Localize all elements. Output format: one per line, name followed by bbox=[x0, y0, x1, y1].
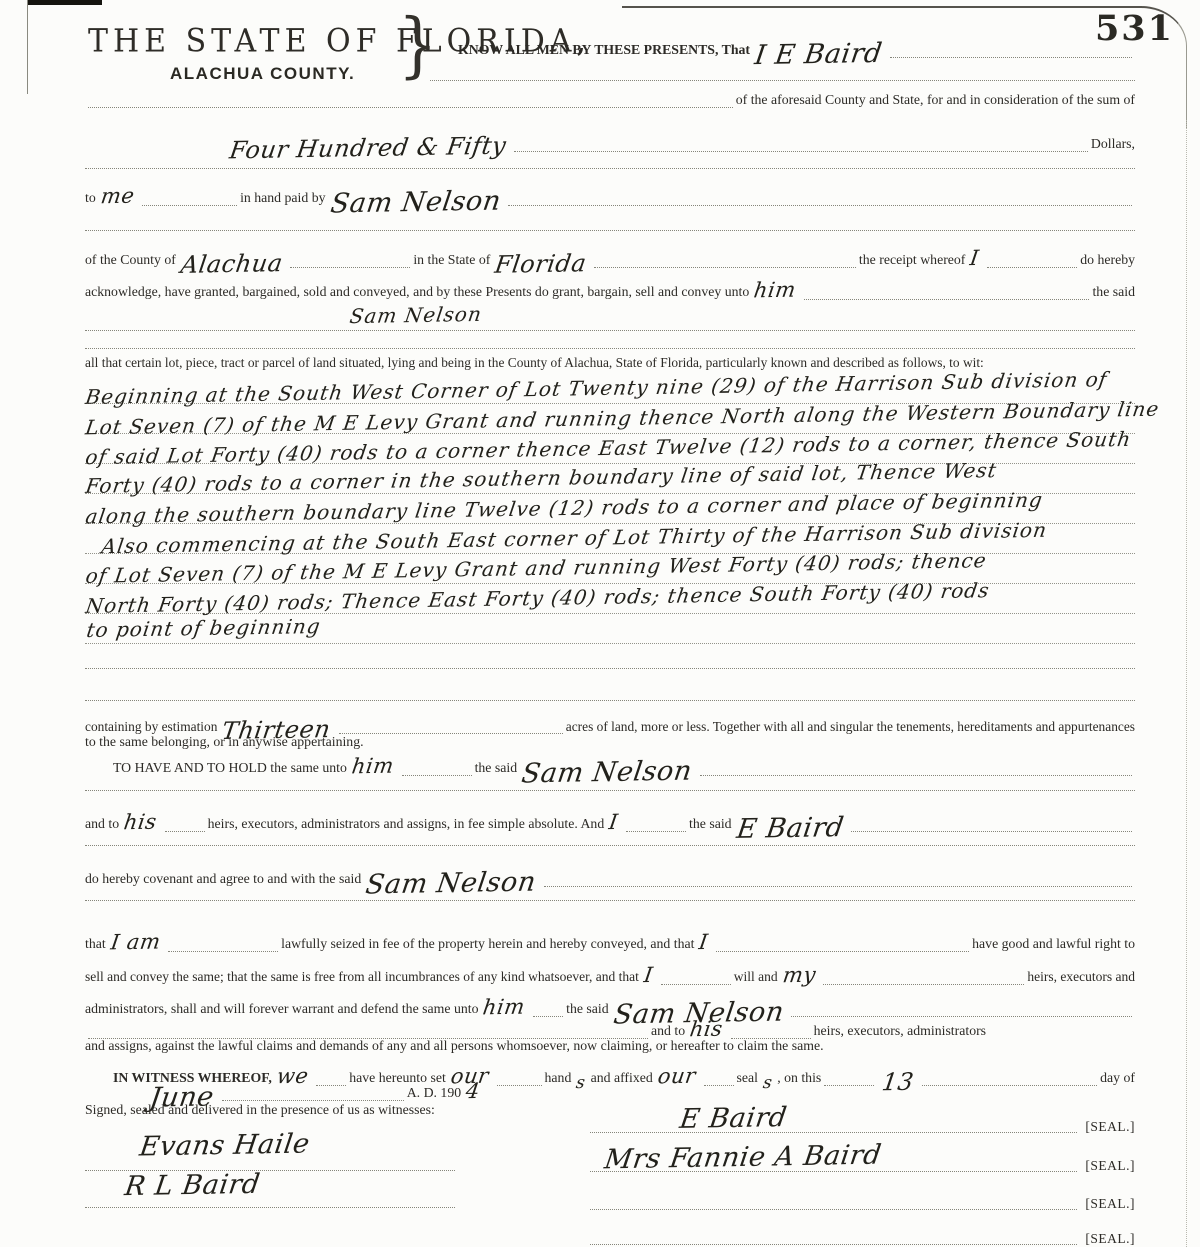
witness-signature: Evans Haile bbox=[138, 1133, 311, 1160]
blank-line bbox=[85, 700, 1135, 701]
me-handwritten: me bbox=[99, 187, 135, 206]
acknowledge-line: acknowledge, have granted, bargained, so… bbox=[85, 276, 1135, 302]
date-line: June A. D. 190 4 bbox=[85, 1070, 485, 1103]
scan-left-edge-line bbox=[27, 0, 28, 94]
fill-line bbox=[402, 775, 472, 776]
containing-label: containing by estimation bbox=[85, 719, 217, 734]
claims-text: and assigns, against the lawful claims a… bbox=[85, 1038, 824, 1054]
his-handwritten: his bbox=[123, 813, 158, 832]
county-title: ALACHUA COUNTY. bbox=[170, 64, 355, 84]
ad-label: A. D. 190 bbox=[407, 1085, 461, 1101]
covenant-line: do hereby covenant and agree to and with… bbox=[85, 855, 1135, 889]
fill-line bbox=[594, 267, 855, 268]
fill-line bbox=[824, 1085, 874, 1086]
blank-line bbox=[85, 230, 1135, 231]
fill-line bbox=[700, 775, 1132, 776]
grantee-handwritten: Sam Nelson bbox=[349, 305, 484, 325]
of-county-label: of the County of bbox=[85, 252, 176, 268]
warrant-line: administrators, shall and will forever w… bbox=[85, 985, 1135, 1019]
i-handwritten: I bbox=[698, 933, 709, 952]
aforesaid-text: of the aforesaid County and State, for a… bbox=[736, 92, 1135, 108]
that-label: that bbox=[85, 936, 106, 952]
signature-line: Mrs Fannie A Baird bbox=[590, 1146, 1077, 1172]
amount-handwritten: Four Hundred & Fifty bbox=[228, 136, 507, 162]
his-handwritten: his bbox=[689, 1020, 724, 1039]
seal-label: seal bbox=[737, 1070, 758, 1086]
the-said-label: the said bbox=[475, 760, 518, 776]
seal-tag: [SEAL.] bbox=[1085, 1231, 1135, 1247]
habendum-label: TO HAVE AND TO HOLD the same unto bbox=[113, 760, 347, 776]
hand-label: hand bbox=[545, 1070, 572, 1086]
page-right-edge-line bbox=[1186, 120, 1187, 1247]
seal-s-handwritten: s bbox=[762, 1076, 773, 1091]
grantee-handwritten: Sam Nelson bbox=[520, 759, 693, 786]
blank-line bbox=[85, 790, 1135, 791]
year-handwritten: 4 bbox=[465, 1082, 482, 1101]
page-top-edge-line bbox=[622, 6, 1142, 8]
containing-line: containing by estimation Thirteen acres … bbox=[85, 708, 1135, 736]
on-this-label: , on this bbox=[777, 1070, 821, 1086]
fill-line bbox=[514, 151, 1088, 152]
will-and-label: will and bbox=[734, 969, 778, 985]
signature-seal-row: Mrs Fannie A Baird [SEAL.] bbox=[590, 1134, 1135, 1172]
grantor-name-handwritten: I E Baird bbox=[753, 42, 884, 69]
fill-line bbox=[890, 57, 1132, 58]
blank-line bbox=[85, 168, 1135, 169]
description-text: to point of beginning bbox=[85, 617, 322, 639]
county-state-line: of the County of Alachua in the State of… bbox=[85, 240, 1135, 270]
county-handwritten: Alachua bbox=[179, 254, 284, 277]
i-am-handwritten: I am bbox=[109, 933, 161, 953]
payer-handwritten: Sam Nelson bbox=[329, 189, 502, 216]
description-line: to point of beginning bbox=[85, 613, 1135, 644]
header-brace: } bbox=[398, 9, 437, 80]
affixed-label: and affixed bbox=[591, 1070, 653, 1086]
fill-line bbox=[716, 951, 969, 952]
him-handwritten: him bbox=[351, 757, 395, 777]
i-handwritten: I bbox=[643, 966, 654, 985]
paid-by-line: to me in hand paid by Sam Nelson bbox=[85, 178, 1135, 208]
day-of-label: day of bbox=[1100, 1070, 1135, 1086]
premises-intro-text: all that certain lot, piece, tract or pa… bbox=[85, 355, 984, 370]
amount-line: Four Hundred & Fifty Dollars, bbox=[85, 120, 1135, 154]
heirs-exec-label: heirs, executors and bbox=[1027, 969, 1135, 985]
fill-line bbox=[851, 831, 1132, 832]
seized-line: that I am lawfully seized in fee of the … bbox=[85, 920, 1135, 954]
and-to-label: and to bbox=[85, 816, 119, 832]
fill-line bbox=[168, 951, 278, 952]
grantee-name-line: Sam Nelson bbox=[85, 300, 1135, 331]
signed-sealed-text: Signed, sealed and delivered in the pres… bbox=[85, 1102, 435, 1118]
in-state-label: in the State of bbox=[413, 252, 490, 268]
blank-line bbox=[85, 348, 1135, 349]
i-handwritten: I bbox=[608, 813, 619, 832]
acres-rest-text: acres of land, more or less. Together wi… bbox=[566, 719, 1135, 734]
the-said-label: the said bbox=[689, 816, 732, 832]
seal-tag: [SEAL.] bbox=[1085, 1158, 1135, 1174]
fill-line bbox=[290, 267, 410, 268]
receipt-label: the receipt whereof bbox=[859, 252, 965, 268]
him-handwritten: him bbox=[753, 281, 797, 301]
hand-s-handwritten: s bbox=[575, 1076, 586, 1091]
heirs-admin-label: heirs, executors, administrators bbox=[814, 1023, 986, 1039]
grantor-signature: Mrs Fannie A Baird bbox=[603, 1144, 883, 1173]
witness-signature: R L Baird bbox=[123, 1173, 261, 1200]
fill-line bbox=[508, 205, 1132, 206]
presents-line: KNOW ALL MEN BY THESE PRESENTS, That I E… bbox=[458, 30, 1135, 60]
witness-signature-line: Evans Haile bbox=[85, 1124, 455, 1171]
covenant-text: do hereby covenant and agree to and with… bbox=[85, 871, 361, 887]
grantor-signature: E Baird bbox=[678, 1106, 788, 1132]
seized-text: lawfully seized in fee of the property h… bbox=[281, 936, 694, 952]
day-handwritten: 13 bbox=[881, 1072, 916, 1094]
heirs-simple-text: heirs, executors, administrators and ass… bbox=[208, 816, 605, 832]
signature-line bbox=[590, 1191, 1077, 1210]
blank-line bbox=[85, 900, 1135, 901]
signature-line bbox=[590, 1226, 1077, 1245]
grantee-handwritten: Sam Nelson bbox=[364, 870, 537, 897]
fill-line bbox=[497, 1085, 542, 1086]
fill-line bbox=[339, 733, 563, 734]
and-to-label: and to bbox=[651, 1023, 685, 1039]
receipt-i-handwritten: I bbox=[969, 249, 980, 268]
sell-convey-line: sell and convey the same; that the same … bbox=[85, 953, 1135, 987]
the-said-label: the said bbox=[1092, 284, 1135, 300]
blank-line bbox=[85, 845, 1135, 846]
in-hand-label: in hand paid by bbox=[240, 190, 325, 206]
habendum-line: TO HAVE AND TO HOLD the same unto him th… bbox=[85, 748, 1135, 778]
lawful-right-text: have good and lawful right to bbox=[972, 936, 1135, 952]
seal-tag: [SEAL.] bbox=[1085, 1119, 1135, 1135]
acknowledge-text: acknowledge, have granted, bargained, so… bbox=[85, 284, 749, 300]
sell-convey-text: sell and convey the same; that the same … bbox=[85, 969, 639, 985]
fill-line bbox=[922, 1085, 1097, 1086]
claims-line: and assigns, against the lawful claims a… bbox=[85, 1038, 1135, 1056]
fill-line bbox=[142, 205, 237, 206]
heirs-line: and to his heirs, executors, administrat… bbox=[85, 800, 1135, 834]
fill-line bbox=[704, 1085, 734, 1086]
do-hereby-label: do hereby bbox=[1080, 252, 1135, 268]
fill-line bbox=[222, 1100, 404, 1101]
our-handwritten: our bbox=[656, 1067, 696, 1087]
description-text: North Forty (40) rods; Thence East Forty… bbox=[85, 581, 991, 615]
scan-top-bar bbox=[28, 0, 102, 5]
blank-line bbox=[430, 80, 1135, 81]
deed-document-page: 531 THE STATE OF FLORIDA, ALACHUA COUNTY… bbox=[0, 0, 1200, 1247]
state-handwritten: Florida bbox=[494, 254, 588, 277]
grantor-mid-handwritten: E Baird bbox=[735, 816, 845, 842]
aforesaid-line: of the aforesaid County and State, for a… bbox=[85, 88, 1135, 110]
fill-line bbox=[544, 886, 1132, 887]
signature-line: E Baird bbox=[590, 1107, 1077, 1133]
fill-line bbox=[626, 831, 686, 832]
blank-line bbox=[85, 668, 1135, 669]
witness-signature-line: R L Baird bbox=[85, 1170, 455, 1208]
fill-line bbox=[88, 107, 733, 108]
to-label: to bbox=[85, 190, 96, 206]
fill-line bbox=[165, 831, 205, 832]
signature-seal-row: [SEAL.] bbox=[590, 1174, 1135, 1210]
description-line: North Forty (40) rods; Thence East Forty… bbox=[85, 583, 1135, 614]
fill-line bbox=[987, 267, 1077, 268]
dollars-label: Dollars, bbox=[1091, 136, 1135, 152]
signature-seal-row: E Baird [SEAL.] bbox=[590, 1095, 1135, 1133]
my-handwritten: my bbox=[781, 966, 817, 985]
description-text: Forty (40) rods to a corner in the south… bbox=[85, 461, 999, 495]
presents-label: KNOW ALL MEN BY THESE PRESENTS, That bbox=[458, 42, 750, 58]
signature-seal-row: [SEAL.] bbox=[590, 1210, 1135, 1245]
